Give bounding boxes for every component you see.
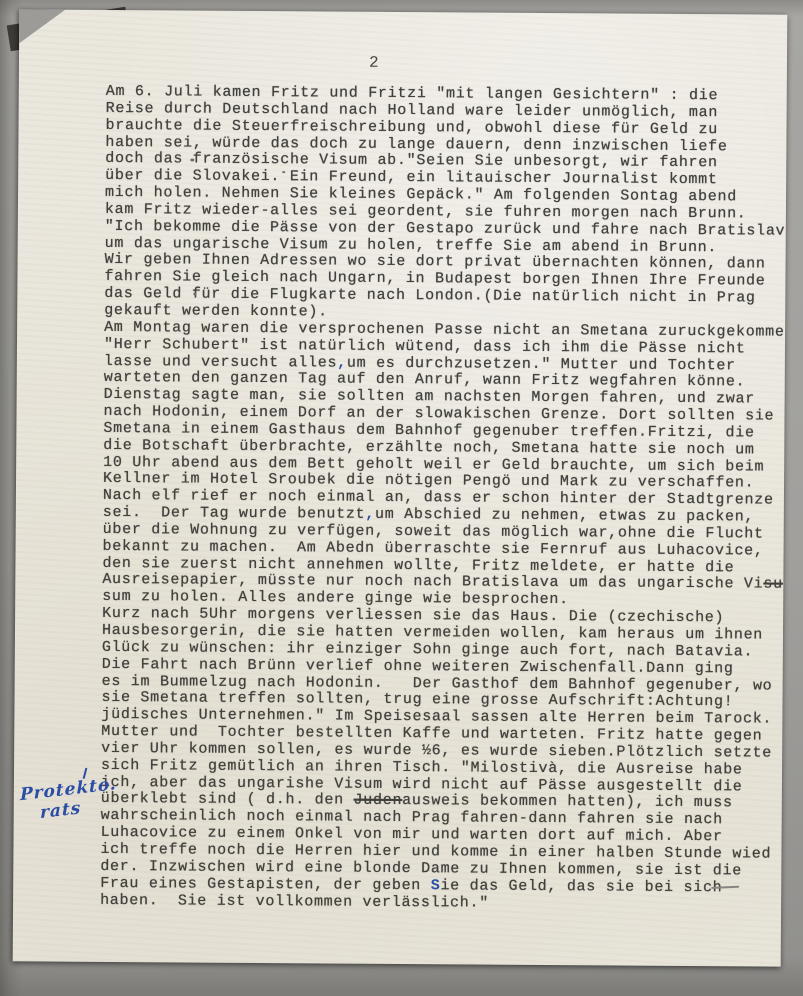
paper-speck (193, 293, 196, 296)
document-page: 2 Am 6. Juli kamen Fritz und Fritzi "mit… (13, 9, 788, 966)
typewritten-text: Am 6. Juli kamen Fritz und Fritzi "mit l… (100, 84, 787, 914)
scanned-document: 2 Am 6. Juli kamen Fritz und Fritzi "mit… (0, 0, 803, 996)
page-number: 2 (369, 54, 380, 72)
paper-speck (190, 159, 194, 162)
paper-speck (282, 171, 285, 173)
corner-fold (19, 9, 65, 43)
paper-speck (164, 222, 166, 224)
